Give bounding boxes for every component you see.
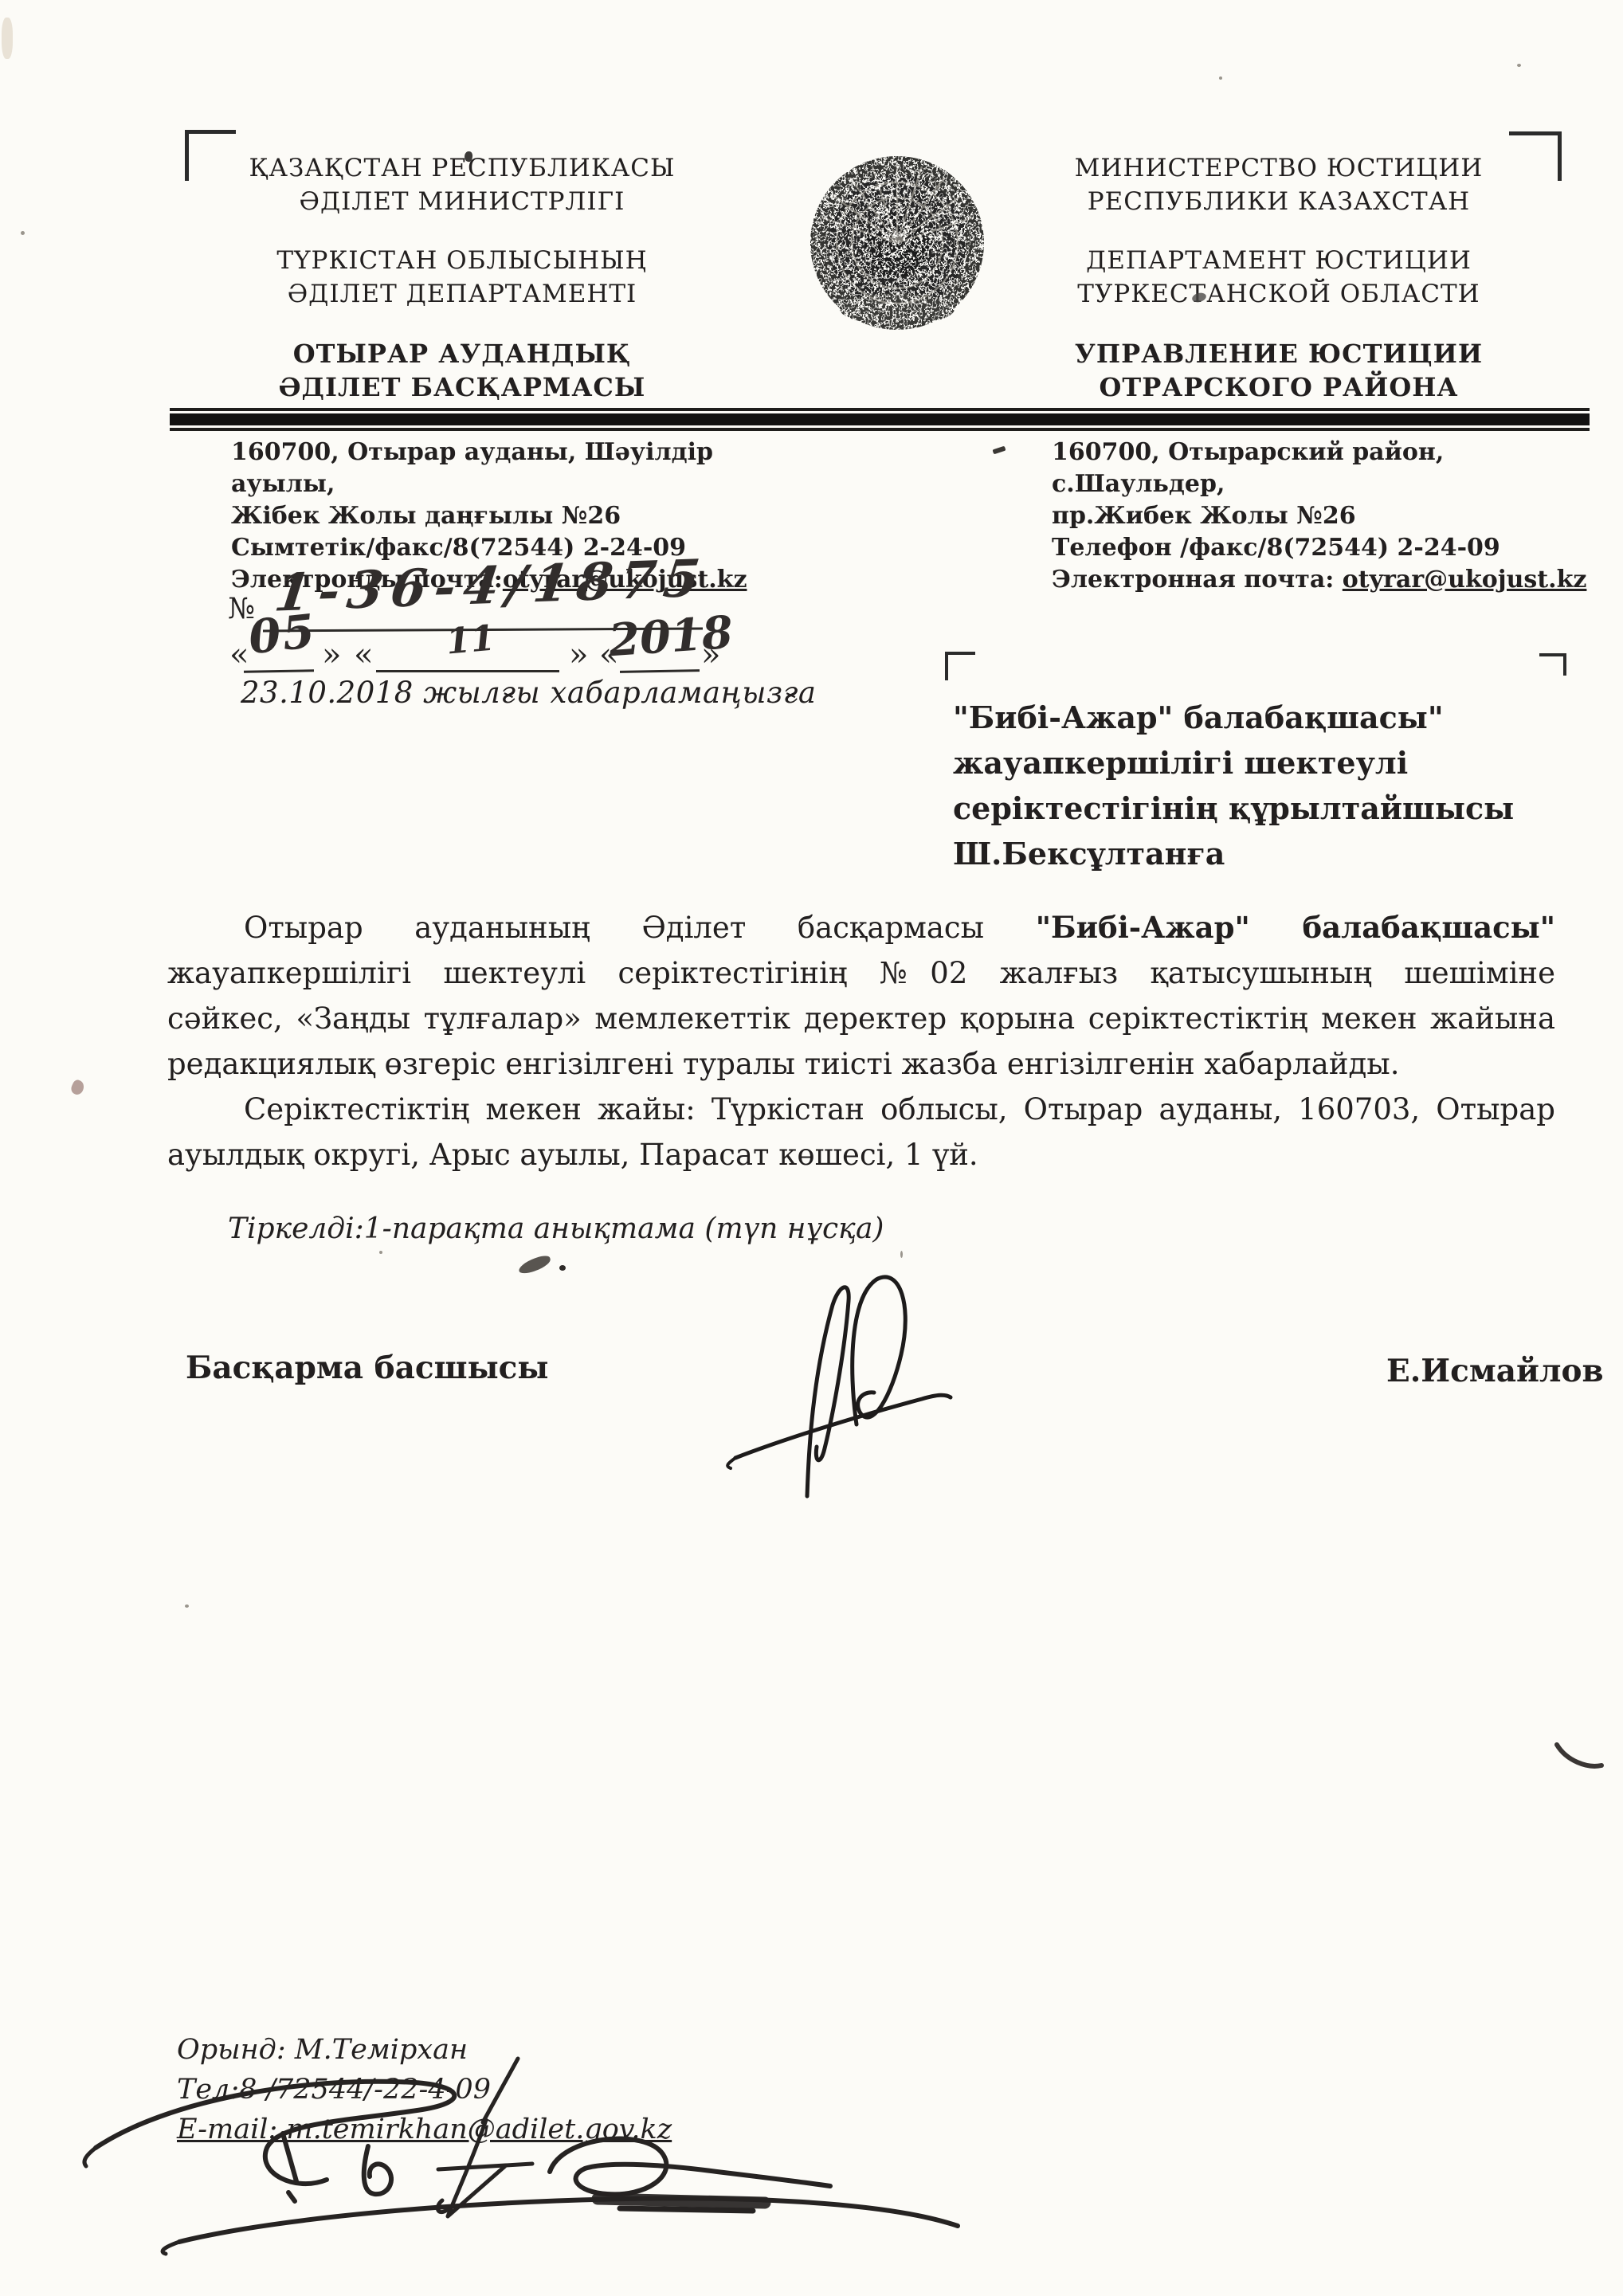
- recipient-bracket-left-icon: [945, 652, 975, 680]
- recipient-line: серіктестігінің құрылтайшысы: [953, 786, 1590, 831]
- date-quote-mark: «: [229, 637, 249, 673]
- scan-speck: [900, 1251, 903, 1258]
- letterhead-right-line: ДЕПАРТАМЕНТ ЮСТИЦИИ: [1040, 244, 1518, 277]
- body-line: Отырар ауданының Әділет басқармасы "Бибі…: [167, 905, 1555, 950]
- scan-artifact-mark: [2, 18, 13, 59]
- ink-smudge-mark: [517, 1253, 553, 1275]
- letterhead-right-line: МИНИСТЕРСТВО ЮСТИЦИИ: [1040, 151, 1518, 185]
- scan-speck: [21, 231, 25, 235]
- date-month-underline: [376, 670, 559, 672]
- contact-address-line: Жібек Жолы даңғылы №26: [231, 500, 808, 532]
- letterhead-right-column: МИНИСТЕРСТВО ЮСТИЦИИ РЕСПУБЛИКИ КАЗАХСТА…: [1040, 151, 1518, 404]
- pen-curve-mark: [1552, 1740, 1608, 1780]
- letterhead-left-line: ТҮРКІСТАН ОБЛЫСЫНЫҢ: [223, 244, 701, 277]
- scan-artifact-mark: [69, 1079, 86, 1097]
- letter-body: Отырар ауданының Әділет басқармасы "Бибі…: [167, 905, 1555, 1177]
- contact-address-line: 160700, Отырар ауданы, Шәуілдір ауылы,: [231, 437, 808, 500]
- handwritten-signature-icon: [713, 1257, 1032, 1512]
- letterhead-left-line: ҚАЗАҚСТАН РЕСПУБЛИКАСЫ: [223, 151, 701, 185]
- scan-speck: [185, 1604, 189, 1608]
- date-quote-mark: »: [701, 637, 720, 673]
- letterhead-right-office-line: УПРАВЛЕНИЕ ЮСТИЦИИ: [1040, 337, 1518, 370]
- email-address: otyrar@ukojust.kz: [1343, 566, 1587, 594]
- letterhead-right-office-line: ОТРАРСКОГО РАЙОНА: [1040, 370, 1518, 404]
- date-quote-mark: »: [322, 637, 341, 673]
- body-text-segment: Отырар ауданының Әділет басқармасы: [244, 911, 1036, 945]
- body-line: ауылдық округі, Арыс ауылы, Парасат көше…: [167, 1132, 1555, 1177]
- scan-speck: [1219, 76, 1222, 80]
- contact-phone-line: Телефон /факс/8(72544) 2-24-09: [1052, 532, 1609, 564]
- date-year-underline: [620, 669, 700, 673]
- recipient-line: жауапкершілігі шектеулі: [953, 740, 1590, 786]
- date-quote-mark: «: [354, 637, 373, 673]
- body-line: Серіктестіктің мекен жайы: Түркістан обл…: [167, 1087, 1555, 1132]
- kazakhstan-coat-of-arms-stamp-icon: [806, 153, 990, 339]
- letterhead-left-column: ҚАЗАҚСТАН РЕСПУБЛИКАСЫ ӘДІЛЕТ МИНИСТРЛІГ…: [223, 151, 701, 404]
- letterhead-left-line: ӘДІЛЕТ МИНИСТРЛІГІ: [223, 185, 701, 218]
- attachment-note: Тіркелді:1-парақта анықтама (түп нұсқа): [228, 1213, 884, 1245]
- date-day-underline: [244, 669, 314, 673]
- contact-address-line: пр.Жибек Жолы №26: [1052, 500, 1609, 532]
- handwritten-scribble-icon: [40, 2044, 1020, 2283]
- handwritten-month: 11: [445, 617, 496, 662]
- email-label: Электронная почта:: [1052, 566, 1343, 594]
- signer-name: Е.Исмайлов: [1386, 1353, 1604, 1389]
- date-quote-mark: »: [569, 637, 588, 673]
- scan-speck: [379, 1251, 382, 1254]
- recipient-line: "Бибі-Ажар" балабақшасы": [953, 695, 1590, 740]
- subject-reference-line: 23.10.2018 жылғы хабарламаңызға: [241, 676, 817, 710]
- body-line: жауапкершілігі шектеулі серіктестігінің …: [167, 950, 1555, 996]
- letterhead-right-line: РЕСПУБЛИКИ КАЗАХСТАН: [1040, 185, 1518, 218]
- scan-speck: [1517, 64, 1521, 67]
- body-line: сәйкес, «Заңды тұлғалар» мемлекеттік дер…: [167, 996, 1555, 1041]
- handwritten-day: 05: [246, 604, 319, 664]
- ink-smudge-dot: [559, 1265, 566, 1271]
- recipient-line: Ш.Бексұлтанға: [953, 831, 1590, 876]
- scanned-letter-page: ҚАЗАҚСТАН РЕСПУБЛИКАСЫ ӘДІЛЕТ МИНИСТРЛІГ…: [0, 0, 1623, 2296]
- recipient-bracket-right-icon: [1539, 653, 1566, 676]
- letterhead-left-office-line: ОТЫРАР АУДАНДЫҚ: [223, 337, 701, 370]
- contact-block-russian: 160700, Отырарский район, с.Шаульдер, пр…: [1052, 437, 1609, 596]
- body-line: редакциялық өзгеріс енгізілгені туралы т…: [167, 1041, 1555, 1087]
- scan-dash-mark: [992, 446, 1006, 455]
- body-text-bold-segment: "Бибі-Ажар" балабақшасы": [1036, 910, 1555, 945]
- letterhead-left-office-line: ӘДІЛЕТ БАСҚАРМАСЫ: [223, 370, 701, 404]
- contact-address-line: 160700, Отырарский район, с.Шаульдер,: [1052, 437, 1609, 500]
- letterhead-divider-rule: [170, 408, 1590, 431]
- letterhead-left-line: ӘДІЛЕТ ДЕПАРТАМЕНТІ: [223, 277, 701, 311]
- contact-email-line: Электронная почта: otyrar@ukojust.kz: [1052, 564, 1609, 596]
- letterhead-right-line: ТУРКЕСТАНСКОЙ ОБЛАСТИ: [1040, 277, 1518, 311]
- signer-position-title: Басқарма басшысы: [186, 1350, 549, 1386]
- recipient-block: "Бибі-Ажар" балабақшасы" жауапкершілігі …: [953, 695, 1590, 876]
